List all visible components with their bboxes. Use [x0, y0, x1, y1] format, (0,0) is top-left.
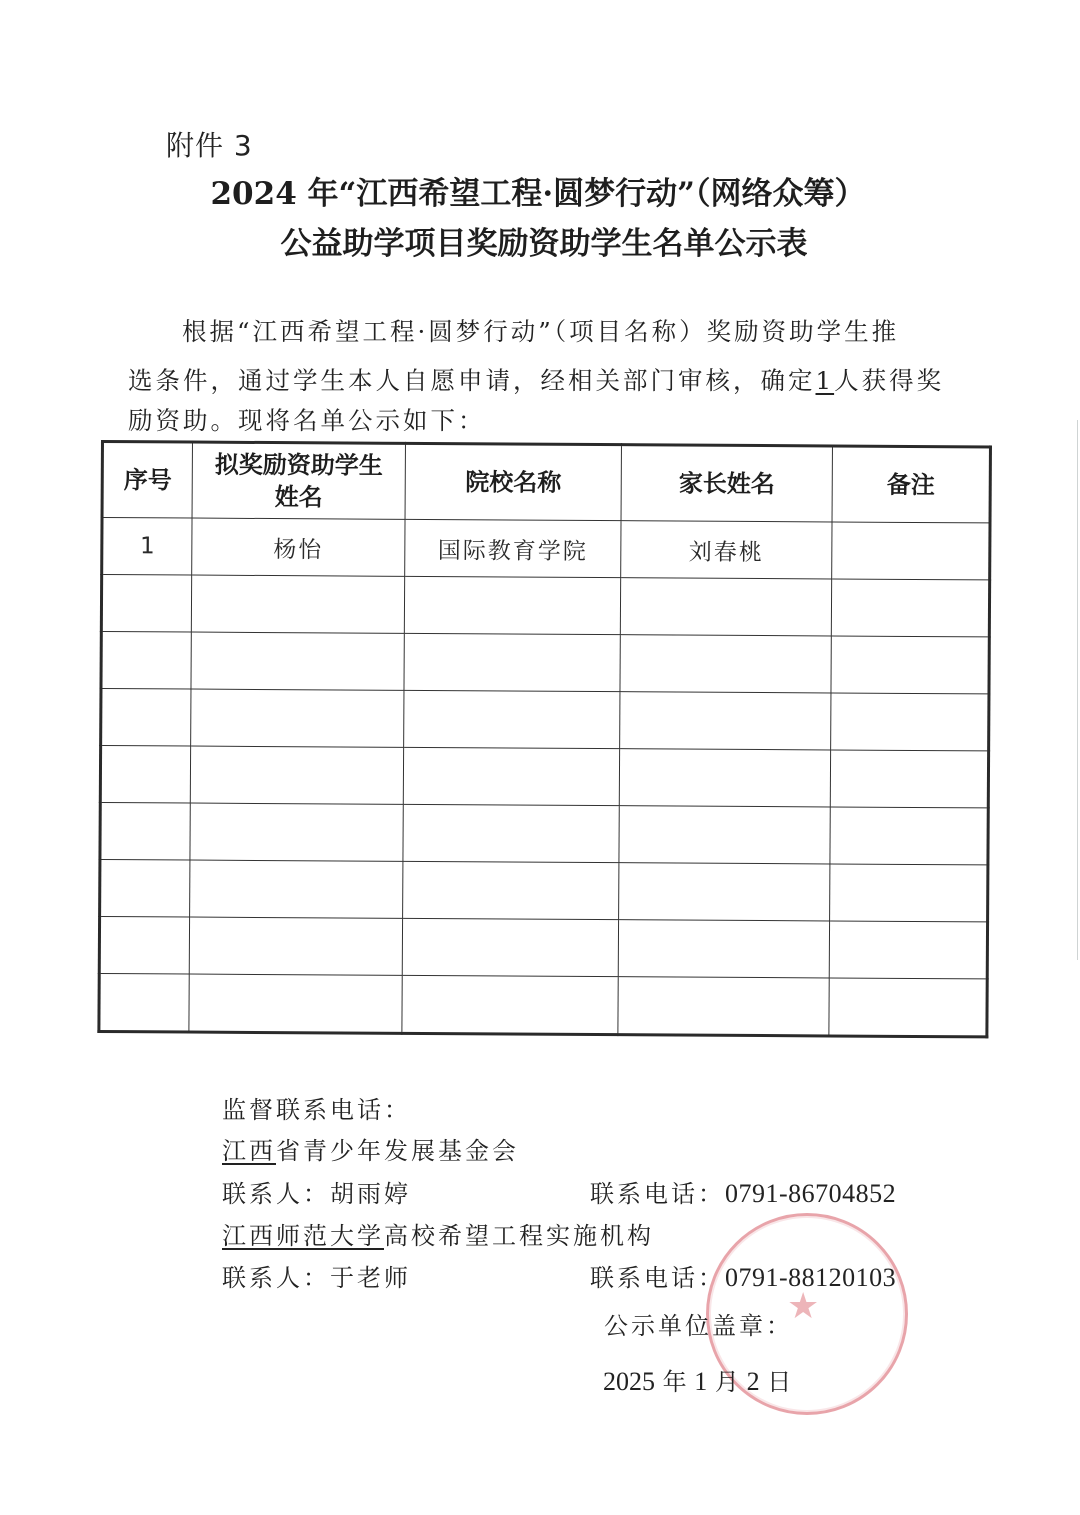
cell-parent: [618, 977, 829, 1036]
cell-student: [191, 689, 404, 747]
cell-seq: [100, 803, 190, 861]
cell-seq: 1: [102, 518, 192, 576]
cell-parent: [618, 920, 829, 978]
org1-contact-name: 胡雨婷: [330, 1180, 411, 1208]
org2-phone-label: 联系电话：: [590, 1264, 725, 1292]
table-header-row: 序号 拟奖励资助学生姓名 院校名称 家长姓名 备注: [102, 442, 990, 523]
table-row: 1 杨怡 国际教育学院 刘春桃: [102, 518, 990, 580]
cell-remark: [831, 636, 989, 694]
cell-parent: [619, 749, 830, 807]
header-remark: 备注: [832, 446, 990, 523]
table-row: [99, 973, 987, 1036]
intro-line3: 励资助。现将名单公示如下：: [128, 402, 486, 437]
cell-student: [189, 974, 402, 1033]
table-row: [99, 917, 987, 979]
org2-phone-number: 0791-88120103: [725, 1263, 896, 1292]
header-school: 院校名称: [405, 443, 621, 520]
cell-school: [403, 861, 619, 919]
cell-seq: [100, 746, 190, 804]
org2-name: 江西师范大学高校希望工程实施机构: [222, 1216, 654, 1251]
cell-student: [191, 575, 404, 633]
cell-remark: [831, 579, 989, 637]
cell-school: [402, 918, 618, 976]
table-row: [101, 689, 989, 751]
date-month: 1: [694, 1367, 707, 1396]
org1-phone-number: 0791-86704852: [725, 1179, 896, 1208]
cell-student: [189, 917, 402, 975]
cell-seq: [101, 632, 191, 690]
header-student-name: 拟奖励资助学生姓名: [192, 442, 405, 519]
table-row: [101, 575, 989, 637]
cell-remark: [830, 750, 988, 808]
cell-parent: [619, 863, 830, 921]
org1-phone: 联系电话：0791-86704852: [590, 1174, 896, 1209]
cell-remark: [830, 807, 988, 865]
org2-name-rest: 高校希望工程实施机构: [384, 1222, 654, 1250]
cell-student: [190, 860, 403, 918]
cell-seq: [99, 973, 189, 1032]
publication-date: 2025 年 1 月 2 日: [603, 1362, 791, 1397]
recipient-count: 1: [816, 366, 835, 395]
cell-seq: [100, 860, 190, 918]
cell-seq: [99, 917, 189, 975]
cell-school: [404, 690, 620, 748]
cell-school: [402, 975, 618, 1034]
cell-school: [403, 804, 619, 862]
org2-contact-name: 于老师: [330, 1264, 411, 1292]
date-year: 2025: [603, 1367, 655, 1396]
cell-student: [190, 803, 403, 861]
cell-student: [191, 632, 404, 690]
org2-contact: 联系人：于老师: [222, 1258, 411, 1293]
intro-line2: 选条件，通过学生本人自愿申请，经相关部门审核，确定1人获得奖: [128, 362, 944, 397]
org1-phone-label: 联系电话：: [590, 1180, 725, 1208]
document-title-line1: 2024 年“江西希望工程·圆梦行动”（网络众筹）: [0, 168, 1078, 213]
cell-school: [403, 747, 619, 805]
cell-seq: [101, 575, 191, 633]
date-month-unit: 月: [715, 1368, 739, 1396]
intro-line2-before: 选条件，通过学生本人自愿申请，经相关部门审核，确定: [128, 366, 816, 395]
header-student-name-line2: 姓名: [275, 483, 323, 511]
cell-school: [404, 576, 620, 634]
org1-name-rest: 省青少年发展基金会: [276, 1137, 519, 1165]
cell-remark: [829, 921, 987, 979]
header-parent: 家长姓名: [621, 445, 832, 522]
cell-parent: [619, 806, 830, 864]
org2-contact-label: 联系人：: [222, 1264, 330, 1292]
document-title-line2: 公益助学项目奖励资助学生名单公示表: [4, 218, 1080, 263]
table-row: [100, 803, 988, 865]
cell-remark: [831, 693, 989, 751]
table-row: [100, 860, 988, 922]
cell-parent: 刘春桃: [621, 521, 832, 579]
org1-contact: 联系人：胡雨婷: [222, 1174, 411, 1209]
org2-phone: 联系电话：0791-88120103: [590, 1258, 896, 1293]
table-row: [101, 632, 989, 694]
cell-school: [404, 633, 620, 691]
recipient-table: 序号 拟奖励资助学生姓名 院校名称 家长姓名 备注 1 杨怡 国际教育学院 刘春…: [97, 440, 992, 1038]
org1-contact-label: 联系人：: [222, 1180, 330, 1208]
cell-student: 杨怡: [192, 518, 405, 576]
cell-parent: [620, 635, 831, 693]
cell-parent: [620, 692, 831, 750]
intro-line2-after: 人获得奖: [834, 366, 944, 395]
org2-name-underlined: 江西师范大学: [222, 1222, 384, 1250]
intro-line1: 根据“江西希望工程·圆梦行动”（项目名称）奖励资助学生推: [182, 313, 899, 348]
seal-label: 公示单位盖章：: [604, 1306, 793, 1341]
org1-name: 江西省青少年发展基金会: [222, 1131, 519, 1166]
header-student-name-line1: 拟奖励资助学生: [215, 451, 383, 480]
cell-remark: [830, 864, 988, 922]
cell-parent: [620, 578, 831, 636]
scan-edge-line: [1077, 420, 1078, 960]
attachment-label: 附件 3: [166, 124, 253, 164]
cell-seq: [101, 689, 191, 747]
date-day-unit: 日: [767, 1368, 791, 1396]
cell-remark: [832, 522, 990, 580]
supervision-heading: 监督联系电话：: [222, 1090, 411, 1125]
cell-remark: [829, 978, 987, 1037]
date-day: 2: [747, 1367, 760, 1396]
table-row: [100, 746, 988, 808]
org1-name-underlined: 江西: [222, 1137, 276, 1165]
header-seq: 序号: [102, 442, 192, 519]
cell-school: 国际教育学院: [405, 519, 621, 577]
date-year-unit: 年: [663, 1368, 687, 1396]
cell-student: [190, 746, 403, 804]
